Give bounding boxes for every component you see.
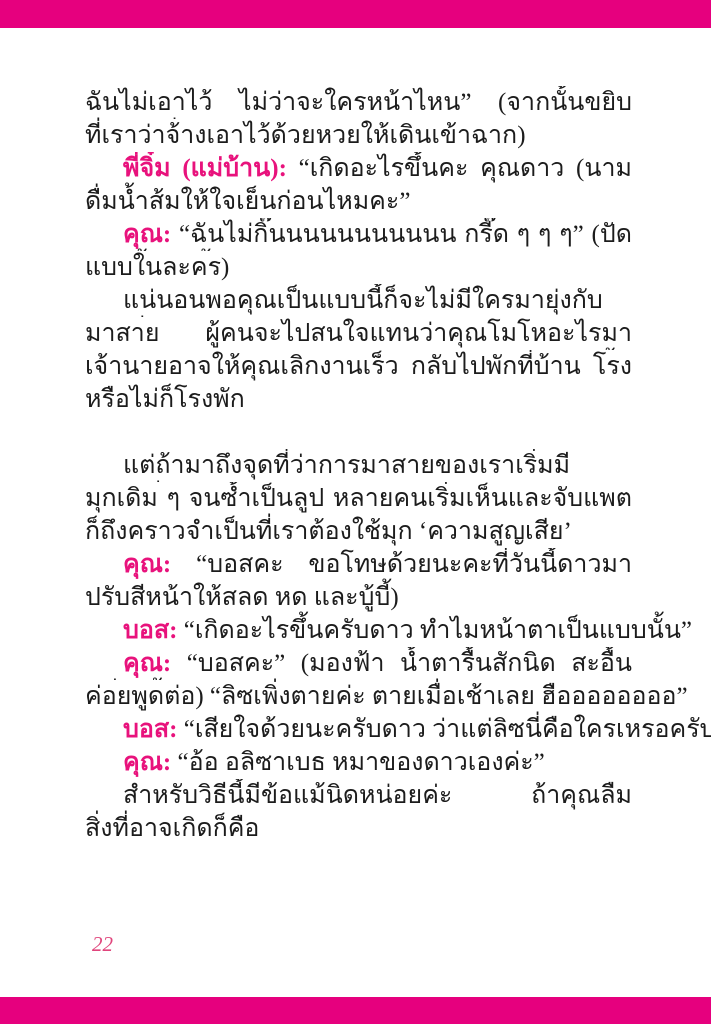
body-text: ก็ถึงคราวจำเป็นที่เราต้องใช้มุก ‘ความสูญ… (85, 518, 572, 545)
text-line: ที่เราว่าจ้างเอาไว้ด้วยหวยให้เดินเข้าฉาก… (85, 119, 632, 152)
body-text: สิ่งที่อาจเกิดก็คือ (85, 815, 259, 842)
blank-line (85, 416, 632, 449)
body-text: มาสาย ผู้คนจะไปสนใจแทนว่าคุณโมโหอะไรมา เ… (85, 320, 632, 350)
body-text: “อ้อ อลิซาเบธ หมาของดาวเองค่ะ” (171, 749, 545, 776)
text-line: พี่จิ๋ม (แม่บ้าน): “เกิดอะไรขึ้นคะ คุณดา… (85, 152, 632, 185)
text-line: คุณ: “ฉันไม่กิ๊นนนนนนนนนนน กรี๊ด ๆ ๆ ๆ” … (85, 218, 632, 251)
body-text: ที่เราว่าจ้างเอาไว้ด้วยหวยให้เดินเข้าฉาก… (85, 122, 526, 149)
text-line: ปรับสีหน้าให้สลด หด และบู้บี้) (85, 581, 632, 614)
text-line: ก็ถึงคราวจำเป็นที่เราต้องใช้มุก ‘ความสูญ… (85, 515, 632, 548)
text-line: เจ้านายอาจให้คุณเลิกงานเร็ว กลับไปพักที่… (85, 350, 632, 383)
body-text: เจ้านายอาจให้คุณเลิกงานเร็ว กลับไปพักที่… (85, 353, 632, 383)
text-line: สำหรับวิธีนี้มีข้อแม้นิดหน่อยค่ะ ถ้าคุณล… (85, 779, 632, 812)
body-text: แน่นอนพอคุณเป็นแบบนี้ก็จะไม่มีใครมายุ่งก… (85, 287, 603, 317)
text-line: หรือไม่ก็โรงพัก (85, 383, 632, 416)
body-text: แต่ถ้ามาถึงจุดที่ว่าการมาสายของเราเริ่มม… (85, 452, 570, 482)
body-text: สำหรับวิธีนี้มีข้อแม้นิดหน่อยค่ะ ถ้าคุณล… (85, 782, 632, 812)
body-text: “เกิดอะไรขึ้นครับดาว ทำไมหน้าตาเป็นแบบนั… (177, 617, 692, 644)
speaker-label: คุณ: (123, 650, 171, 677)
body-text: ค่อยพูดต่อ) “ลิซเพิ่งตายค่ะ ตายเมื่อเช้า… (85, 683, 688, 710)
text-line: มุกเดิม ๆ จนซ้ำเป็นลูป หลายคนเริ่มเห็นแล… (85, 482, 632, 515)
body-text: ดื่มน้ำส้มให้ใจเย็นก่อนไหมคะ” (85, 188, 410, 215)
text-line: ค่อยพูดต่อ) “ลิซเพิ่งตายค่ะ ตายเมื่อเช้า… (85, 680, 632, 713)
speaker-label: คุณ: (123, 221, 171, 248)
speaker-label: บอส: (123, 617, 177, 644)
bottom-accent-bar (0, 997, 711, 1024)
text-block: ฉันไม่เอาไว้ ไม่ว่าจะใครหน้าไหน” (จากนั้… (85, 86, 632, 845)
body-text: ฉันไม่เอาไว้ ไม่ว่าจะใครหน้าไหน” (จากนั้… (85, 89, 632, 119)
text-line: คุณ: “อ้อ อลิซาเบธ หมาของดาวเองค่ะ” (85, 746, 632, 779)
book-page: ฉันไม่เอาไว้ ไม่ว่าจะใครหน้าไหน” (จากนั้… (0, 0, 711, 1024)
text-line: แต่ถ้ามาถึงจุดที่ว่าการมาสายของเราเริ่มม… (85, 449, 632, 482)
speaker-label: คุณ: (123, 749, 171, 776)
body-text: หรือไม่ก็โรงพัก (85, 386, 245, 413)
text-line: มาสาย ผู้คนจะไปสนใจแทนว่าคุณโมโหอะไรมา เ… (85, 317, 632, 350)
speaker-label: พี่จิ๋ม (แม่บ้าน): (123, 155, 287, 182)
speaker-label: คุณ: (123, 551, 171, 578)
text-line: แน่นอนพอคุณเป็นแบบนี้ก็จะไม่มีใครมายุ่งก… (85, 284, 632, 317)
speaker-label: บอส: (123, 716, 177, 743)
text-line: บอส: “เสียใจด้วยนะครับดาว ว่าแต่ลิซนี่คื… (85, 713, 632, 746)
page-number: 22 (92, 932, 113, 957)
text-line: สิ่งที่อาจเกิดก็คือ (85, 812, 632, 845)
text-line: ดื่มน้ำส้มให้ใจเย็นก่อนไหมคะ” (85, 185, 632, 218)
text-line: คุณ: “บอสคะ ขอโทษด้วยนะคะที่วันนี้ดาวมาส… (85, 548, 632, 581)
text-line: คุณ: “บอสคะ” (มองฟ้า น้ำตารื้นสักนิด สะอ… (85, 647, 632, 680)
body-text: มุกเดิม ๆ จนซ้ำเป็นลูป หลายคนเริ่มเห็นแล… (85, 485, 632, 515)
top-accent-bar (0, 0, 711, 28)
body-text: แบบในละคร) (85, 254, 229, 281)
body-text: “เสียใจด้วยนะครับดาว ว่าแต่ลิซนี่คือใครเ… (177, 716, 711, 743)
text-line: บอส: “เกิดอะไรขึ้นครับดาว ทำไมหน้าตาเป็น… (85, 614, 632, 647)
text-line: ฉันไม่เอาไว้ ไม่ว่าจะใครหน้าไหน” (จากนั้… (85, 86, 632, 119)
body-text: ปรับสีหน้าให้สลด หด และบู้บี้) (85, 584, 399, 611)
text-line: แบบในละคร) (85, 251, 632, 284)
